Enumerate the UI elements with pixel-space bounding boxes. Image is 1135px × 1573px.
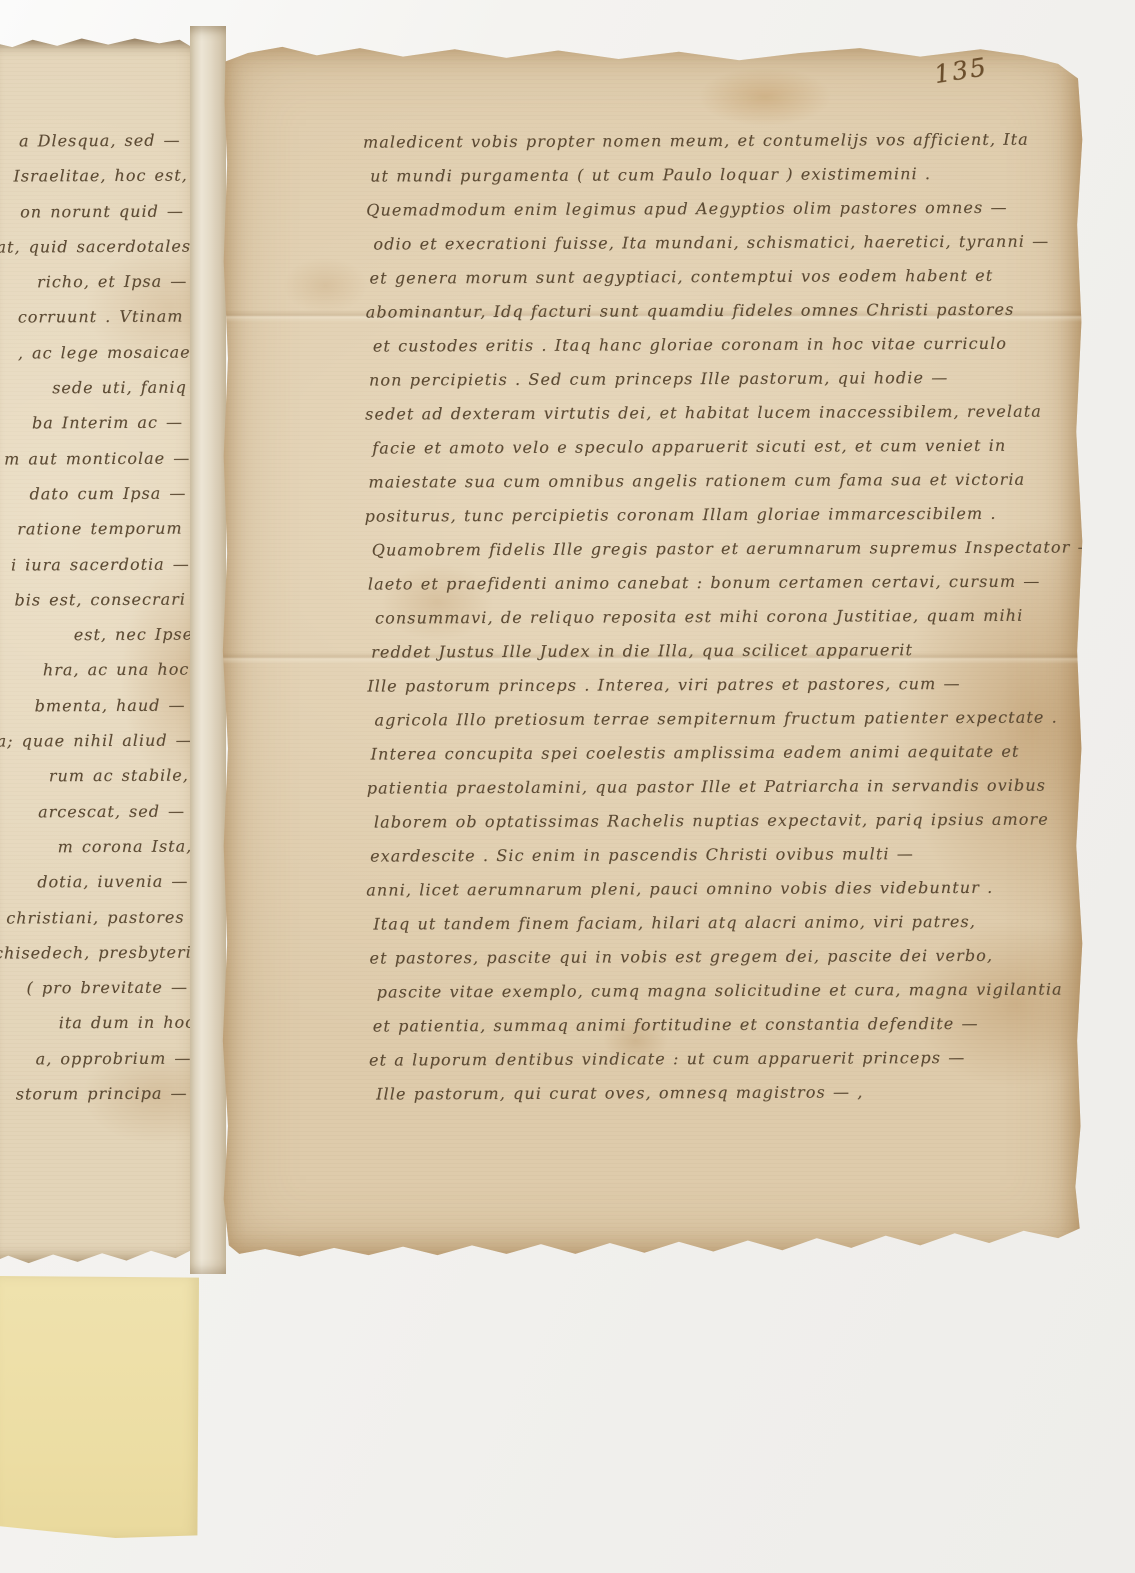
manuscript-line: dato cum Ipsa — xyxy=(0,476,186,514)
left-page-text-block: a Dlesqua, sed —Israelitae, hoc est,on n… xyxy=(0,123,191,1114)
manuscript-line: ita dum in hoc xyxy=(0,1005,195,1043)
manuscript-line: reddet Justus Ille Judex in die Illa, qu… xyxy=(371,632,1077,669)
left-page: a Dlesqua, sed —Israelitae, hoc est,on n… xyxy=(0,36,200,1268)
manuscript-line: Ille pastorum princeps . Interea, viri p… xyxy=(367,666,1073,703)
manuscript-line: consummavi, de reliquo reposita est mihi… xyxy=(375,598,1081,635)
manuscript-line: sedet ad dexteram virtutis dei, et habit… xyxy=(365,394,1071,431)
manuscript-line: a; quae nihil aliud — xyxy=(0,723,193,761)
manuscript-line: a Dlesqua, sed — xyxy=(0,123,181,161)
manuscript-line: arcescat, sed — xyxy=(0,793,185,831)
right-page-text-block: maledicent vobis propter nomen meum, et … xyxy=(368,122,1078,1111)
manuscript-line: corruunt . Vtinam xyxy=(0,299,184,337)
manuscript-line: bis est, consecrari xyxy=(0,581,186,619)
manuscript-line: rum ac stabile, xyxy=(0,758,189,796)
manuscript-line: positurus, tunc percipietis coronam Illa… xyxy=(364,496,1070,533)
manuscript-line: Itaq ut tandem finem faciam, hilari atq … xyxy=(373,904,1079,941)
manuscript-line: storum principa — xyxy=(0,1076,188,1114)
manuscript-line: Ille pastorum, qui curat oves, omnesq ma… xyxy=(376,1074,1082,1111)
binding-spine xyxy=(190,26,226,1274)
manuscript-line: ratione temporum xyxy=(0,511,183,549)
manuscript-line: Quemadmodum enim legimus apud Aegyptios … xyxy=(366,190,1072,227)
manuscript-line: ba Interim ac — xyxy=(0,405,183,443)
manuscript-line: m corona Ista, xyxy=(0,828,192,866)
manuscript-line: est, nec Ipse xyxy=(0,617,193,655)
manuscript-line: patientia praestolamini, qua pastor Ille… xyxy=(367,768,1073,805)
manuscript-line: m aut monticolae — xyxy=(0,440,190,478)
manuscript-line: Quamobrem fidelis Ille gregis pastor et … xyxy=(372,530,1078,567)
manuscript-line: et pastores, pascite qui in vobis est gr… xyxy=(369,938,1075,975)
manuscript-line: ut mundi purgamenta ( ut cum Paulo loqua… xyxy=(370,156,1076,193)
manuscript-line: on norunt quid — xyxy=(0,193,184,231)
manuscript-line: i iura sacerdotia — xyxy=(0,546,190,584)
manuscript-line: abominantur, Idq facturi sunt quamdiu fi… xyxy=(366,292,1072,329)
manuscript-line: laeto et praefidenti animo canebat : bon… xyxy=(368,564,1074,601)
manuscript-line: richo, et Ipsa — xyxy=(0,264,187,302)
manuscript-line: et patientia, summaq animi fortitudine e… xyxy=(373,1006,1079,1043)
interleaf-sheet xyxy=(0,1276,199,1538)
manuscript-line: Israelitae, hoc est, xyxy=(0,158,188,196)
manuscript-photo: a Dlesqua, sed —Israelitae, hoc est,on n… xyxy=(0,0,1135,1573)
manuscript-line: maledicent vobis propter nomen meum, et … xyxy=(363,122,1069,159)
manuscript-line: agricola Illo pretiosum terrae sempitern… xyxy=(374,700,1080,737)
folio-number: 135 xyxy=(932,52,990,89)
manuscript-line: christiani, pastores xyxy=(0,899,185,937)
manuscript-line: et a luporum dentibus vindicate : ut cum… xyxy=(369,1040,1075,1077)
manuscript-line: ( pro brevitate — xyxy=(0,970,188,1008)
manuscript-line: laborem ob optatissimas Rachelis nuptias… xyxy=(374,802,1080,839)
manuscript-line: anni, licet aerumnarum pleni, pauci omni… xyxy=(366,870,1072,907)
manuscript-line: pascite vitae exemplo, cumq magna solici… xyxy=(377,972,1083,1009)
manuscript-line: dotia, iuvenia — xyxy=(0,864,188,902)
manuscript-line: maiestate sua cum omnibus angelis ration… xyxy=(368,462,1074,499)
manuscript-line: a, opprobrium — xyxy=(0,1040,191,1078)
manuscript-line: bmenta, haud — xyxy=(0,687,186,725)
manuscript-line: Interea concupita spei coelestis ampliss… xyxy=(371,734,1077,771)
manuscript-line: et genera morum sunt aegyptiaci, contemp… xyxy=(369,258,1075,295)
manuscript-line: lchisedech, presbyteri xyxy=(0,934,192,972)
right-page: 135 maledicent vobis propter nomen meum,… xyxy=(222,42,1084,1260)
manuscript-line: non percipietis . Sed cum princeps Ille … xyxy=(369,360,1075,397)
manuscript-line: sede uti, faniq xyxy=(0,370,187,408)
manuscript-line: exardescite . Sic enim in pascendis Chri… xyxy=(370,836,1076,873)
manuscript-line: facie et amoto velo e speculo apparuerit… xyxy=(372,428,1078,465)
manuscript-line: et custodes eritis . Itaq hanc gloriae c… xyxy=(373,326,1079,363)
manuscript-line: , ac lege mosaicae xyxy=(0,334,191,372)
manuscript-line: erat, quid sacerdotales xyxy=(0,228,191,266)
manuscript-line: hra, ac una hoc xyxy=(0,652,189,690)
manuscript-line: odio et execrationi fuisse, Ita mundani,… xyxy=(373,224,1079,261)
